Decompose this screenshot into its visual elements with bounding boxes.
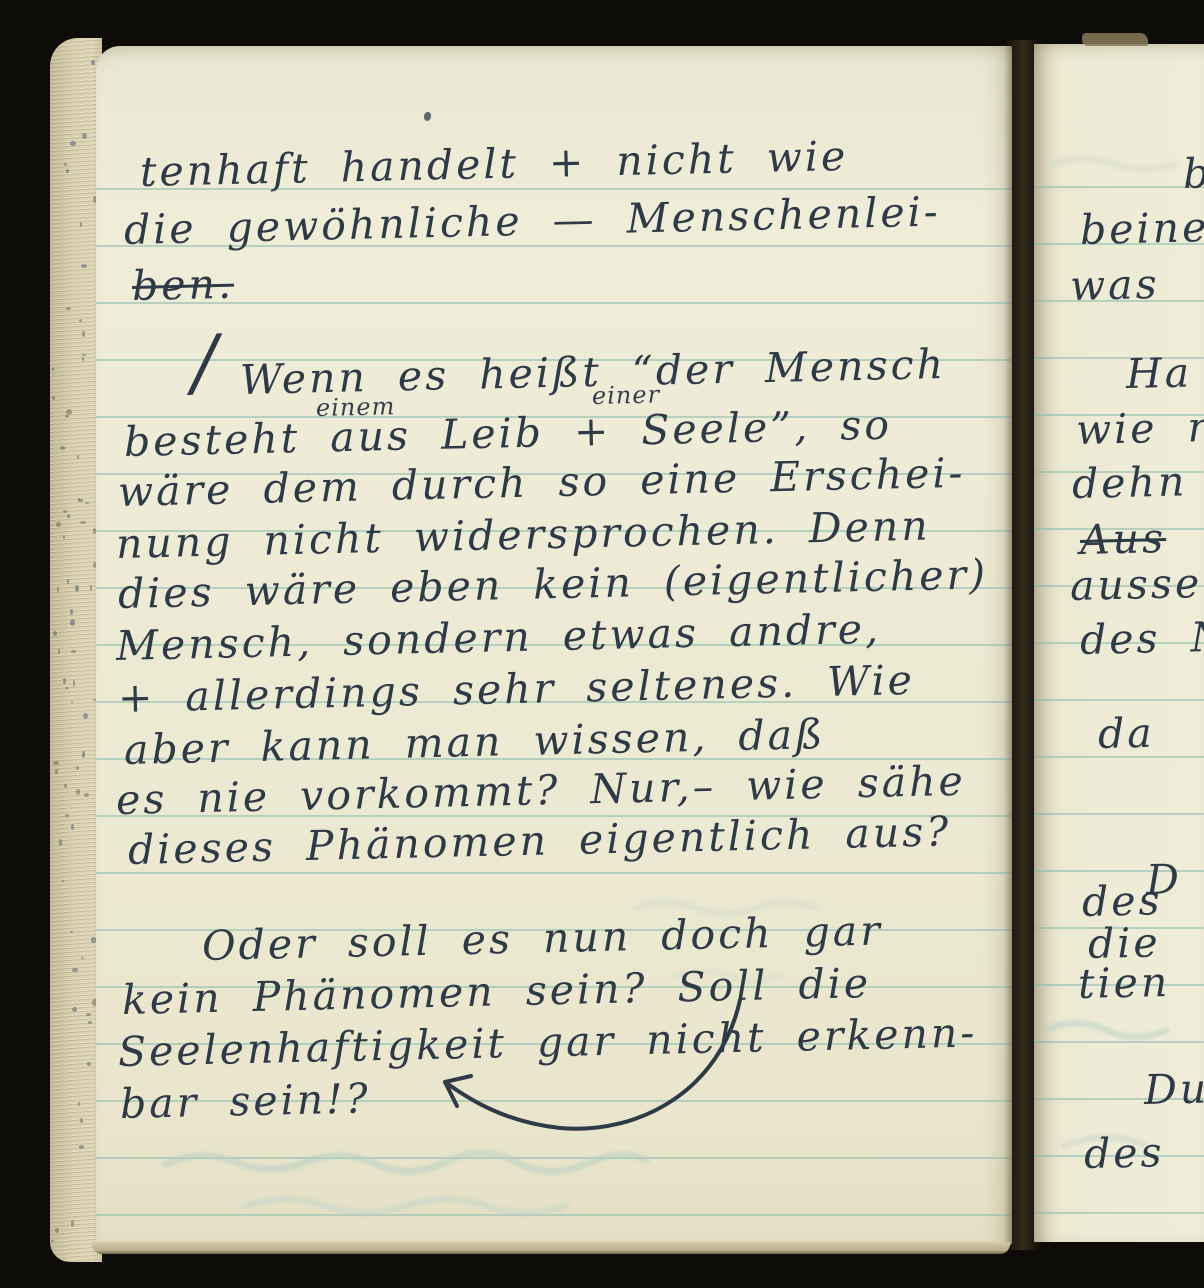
ink-bleed-speck [65,687,69,689]
ink-bleed-speck [65,814,69,817]
ink-bleed-speck [77,455,80,460]
ink-bleed-speck [83,713,88,719]
paragraph-mark: / [191,319,218,406]
handwritten-line: Ha [1125,349,1192,398]
ink-bleed-speck [62,880,64,882]
ink-bleed-speck [57,587,59,592]
ink-bleed-speck [82,751,85,758]
ink-bleed-speck [52,396,55,400]
ink-bleed-speck [55,769,58,774]
ink-bleed-speck [64,163,67,166]
ink-bleed-speck [88,1021,92,1024]
ink-bleed-speck [80,222,82,227]
left-page: tenhaft handelt + nicht wiedie gewöhnlic… [96,46,1012,1246]
ink-bleed-speck [82,357,84,362]
handwritten-line: tenhaft handelt + nicht wie [139,132,848,196]
ink-bleed-speck [66,169,70,173]
ink-bleed-speck [65,415,69,419]
ink-bleed-speck [87,1062,90,1066]
right-page: bbeinenwasHawie rdehn fAusaussedes NdaDd… [1034,44,1204,1242]
ink-bleed-speck [71,701,73,703]
handwritten-line: die gewöhnliche — Menschenlei- [123,187,941,254]
handwritten-line: einer [592,380,661,410]
binding-edge [1082,33,1148,46]
ink-bleed-speck [53,631,57,636]
ink-bleed-speck [55,1228,59,1233]
ink-bleed-speck [81,264,87,268]
handwritten-line: tien [1077,958,1170,1008]
ink-bleed-speck [82,331,86,337]
ink-bleed-speck [60,446,65,449]
bottom-page-edges [92,1242,1010,1254]
handwritten-line: ben. [131,260,234,310]
ink-bleed-speck [82,354,86,356]
ink-bleed-speck [76,789,80,794]
handwritten-line: dehn f [1071,456,1204,508]
ink-bleed-speck [86,1013,91,1016]
page-stack-edge [50,38,102,1262]
ink-bleed-speck [67,514,70,519]
ink-bleed-speck [91,60,94,66]
ruled-lines [1034,186,1204,1216]
ink-bleed-speck [63,535,66,539]
ink-bleed-speck [78,1102,80,1106]
ink-bleed-speck [71,650,76,654]
ink-bleed-speck [52,367,55,371]
ink-bleed-speck [76,766,79,770]
handwritten-line: Aus [1079,514,1166,564]
ink-bleed-speck [70,619,76,626]
ink-bleed-speck [53,761,58,765]
ink-bleed-speck [70,141,76,145]
handwritten-line: des [1083,1128,1165,1178]
ink-bleed-speck [63,678,66,684]
handwritten-line: beinen [1079,202,1204,254]
handwritten-line: einem [316,392,396,422]
ink-bleed-speck [64,784,67,788]
ink-bleed-speck [85,502,89,504]
ink-bleed-speck [75,585,79,592]
ink-bleed-speck [72,1007,77,1012]
ink-bleed-speck [79,319,82,322]
ink-bleed-speck [84,793,89,798]
ink-bleed-speck [81,957,84,959]
ink-bleed-speck [70,609,73,615]
ink-dot [424,112,431,121]
handwritten-line: ausse [1069,559,1202,610]
ink-bleed-speck [72,968,77,973]
ink-bleed-speck [71,824,74,830]
handwritten-line: b [1182,149,1204,198]
ink-bleed-speck [63,510,67,514]
ink-bleed-speck [82,133,86,139]
ink-bleed-speck [66,409,72,415]
ink-bleed-speck [90,585,92,591]
ink-bleed-speck [51,1240,54,1242]
ink-bleed-speck [80,1118,83,1123]
handwritten-line: des N [1079,613,1204,664]
ink-bleed-speck [73,680,76,687]
handwritten-line: was [1069,260,1160,310]
ink-bleed-speck [79,1145,84,1148]
ink-bleed-speck [80,521,86,524]
handwritten-line: Du [1143,1065,1204,1114]
ink-bleed-speck [78,499,82,501]
ink-bleed-speck [70,931,73,933]
ink-bleed-speck [67,579,69,585]
notebook-photograph: tenhaft handelt + nicht wiedie gewöhnlic… [0,0,1204,1288]
handwritten-line: bar sein!? [119,1074,371,1128]
ink-bleed-speck [71,1220,75,1227]
handwritten-line: wie r [1075,403,1204,454]
ink-bleed-speck [59,839,62,846]
ink-bleed-speck [58,649,60,654]
ink-bleed-speck [56,522,61,527]
handwritten-line: da [1097,709,1155,758]
ink-bleed-speck [66,307,71,310]
